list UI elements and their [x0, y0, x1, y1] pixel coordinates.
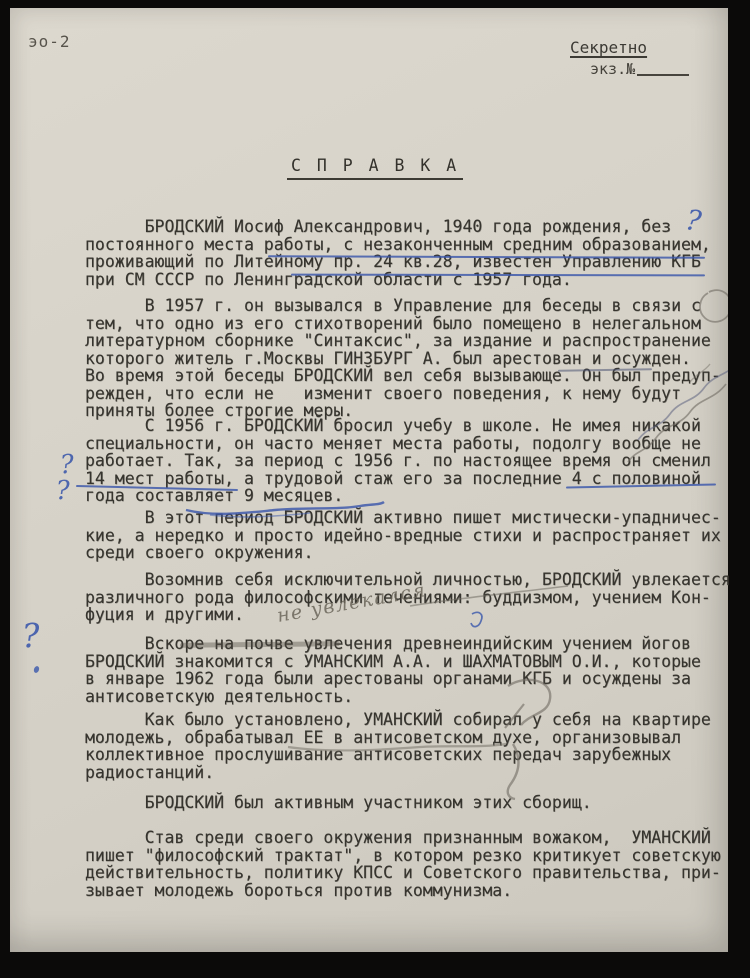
document-page: эо-2 Секретно экз.№ С П Р А В К А БРОДСК…	[10, 8, 728, 952]
paragraph-1956-school: С 1956 г. БРОДСКИЙ бросил учебу в школе.…	[85, 417, 711, 505]
document-title: С П Р А В К А	[287, 156, 463, 180]
paragraph-1957-sintaksis: В 1957 г. он вызывался в Управление для …	[85, 297, 721, 420]
paragraph-active-participant: БРОДСКИЙ был активным участником этих сб…	[85, 794, 592, 812]
paragraph-umansky-apartment: Как было установлено, УМАНСКИЙ собирал у…	[85, 711, 711, 781]
paragraph-philosophical-treatise: Став среди своего окружения признанным в…	[85, 829, 721, 899]
corner-mark: эо-2	[28, 32, 71, 51]
copy-number-line: экз.№	[590, 60, 689, 78]
paragraph-intro-brodsky: БРОДСКИЙ Иосиф Александрович, 1940 года …	[85, 218, 711, 288]
classification-stamp: Секретно	[570, 38, 647, 57]
margin-question-mark-left-3: ?	[21, 616, 41, 656]
paragraph-umansky-shakhmatov: Вскоре на почве увлечения древнеиндийски…	[85, 635, 701, 705]
document-photo: эо-2 Секретно экз.№ С П Р А В К А БРОДСК…	[0, 0, 750, 978]
paragraph-decadent-verses: В этот период БРОДСКИЙ активно пишет мис…	[85, 509, 721, 562]
margin-question-mark-left-2: ?	[55, 476, 70, 506]
copy-number-label: экз.№	[590, 60, 635, 78]
margin-ink-dot	[33, 665, 40, 673]
copy-number-blank	[637, 74, 689, 76]
